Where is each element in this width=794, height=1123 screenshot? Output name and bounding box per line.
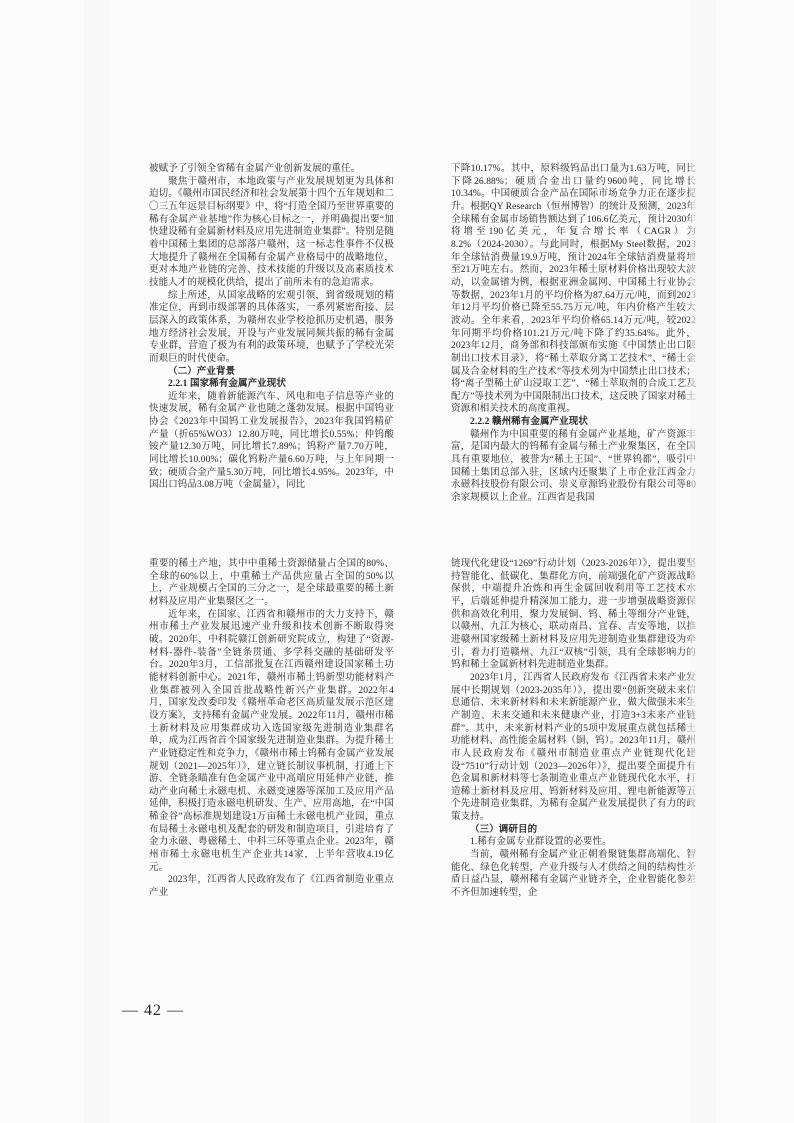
- paragraph: 综上所述，从国家战略的宏观引领，到省级规划的精准定位，再到市级部署的具体落实，一…: [149, 290, 394, 366]
- list-item-heading: 1.稀有金属专业群设置的必要性。: [451, 836, 696, 849]
- paragraph: 赣州作为中国重要的稀有金属产业基地，矿产资源丰富，是国内最大的钨稀有金属与稀土产…: [451, 429, 696, 505]
- paragraph: 下降10.17%。其中，原料级钨品出口量为1.63万吨，同比下降26.88%；硬…: [451, 163, 696, 416]
- paragraph: 被赋予了引领全省稀有金属产业创新发展的重任。: [149, 163, 394, 176]
- paragraph: 重要的稀土产地，其中中重稀土资源储量占全国的80%、全球的60%以上，中重稀土产…: [149, 558, 394, 609]
- paragraph: 2023年，江西省人民政府发布了《江西省制造业重点产业: [149, 874, 394, 899]
- column-top-left: 被赋予了引领全省稀有金属产业创新发展的重任。 聚焦于赣州市，本地政策与产业发展规…: [149, 163, 394, 492]
- document-page: 被赋予了引领全省稀有金属产业创新发展的重任。 聚焦于赣州市，本地政策与产业发展规…: [0, 0, 794, 1123]
- paragraph: 2023年1月，江西省人民政府发布《江西省未来产业发展中长期规划（2023-20…: [451, 672, 696, 824]
- subsection-heading: 2.2.2 赣州稀有金属产业现状: [451, 416, 696, 429]
- column-top-right: 下降10.17%。其中，原料级钨品出口量为1.63万吨，同比下降26.88%；硬…: [451, 163, 696, 505]
- paragraph: 聚焦于赣州市，本地政策与产业发展规划更为具体和迫切。《赣州市国民经济和社会发展第…: [149, 176, 394, 290]
- paragraph: 近年来，随着新能源汽车、风电和电子信息等产业的快速发展，稀有金属产业也随之蓬勃发…: [149, 391, 394, 492]
- column-bottom-right: 链现代化建设“1269”行动计划（2023-2026年）》，提出要坚持智能化、低…: [451, 558, 696, 900]
- paragraph: 近年来，在国家、江西省和赣州市的大力支持下，赣州市稀土产业发展迅速产业升级和技术…: [149, 609, 394, 875]
- subsection-heading: 2.2.1 国家稀有金属产业现状: [149, 378, 394, 391]
- paragraph: 当前，赣州稀有金属产业正朝着聚链集群高端化、智能化、绿色化转型，产业升级与人才供…: [451, 849, 696, 900]
- section-heading: （三）调研目的: [451, 824, 696, 837]
- paragraph: 链现代化建设“1269”行动计划（2023-2026年）》，提出要坚持智能化、低…: [451, 558, 696, 672]
- section-heading: （二）产业背景: [149, 366, 394, 379]
- column-bottom-left: 重要的稀土产地，其中中重稀土资源储量占全国的80%、全球的60%以上，中重稀土产…: [149, 558, 394, 900]
- page-number: — 42 —: [122, 1002, 184, 1020]
